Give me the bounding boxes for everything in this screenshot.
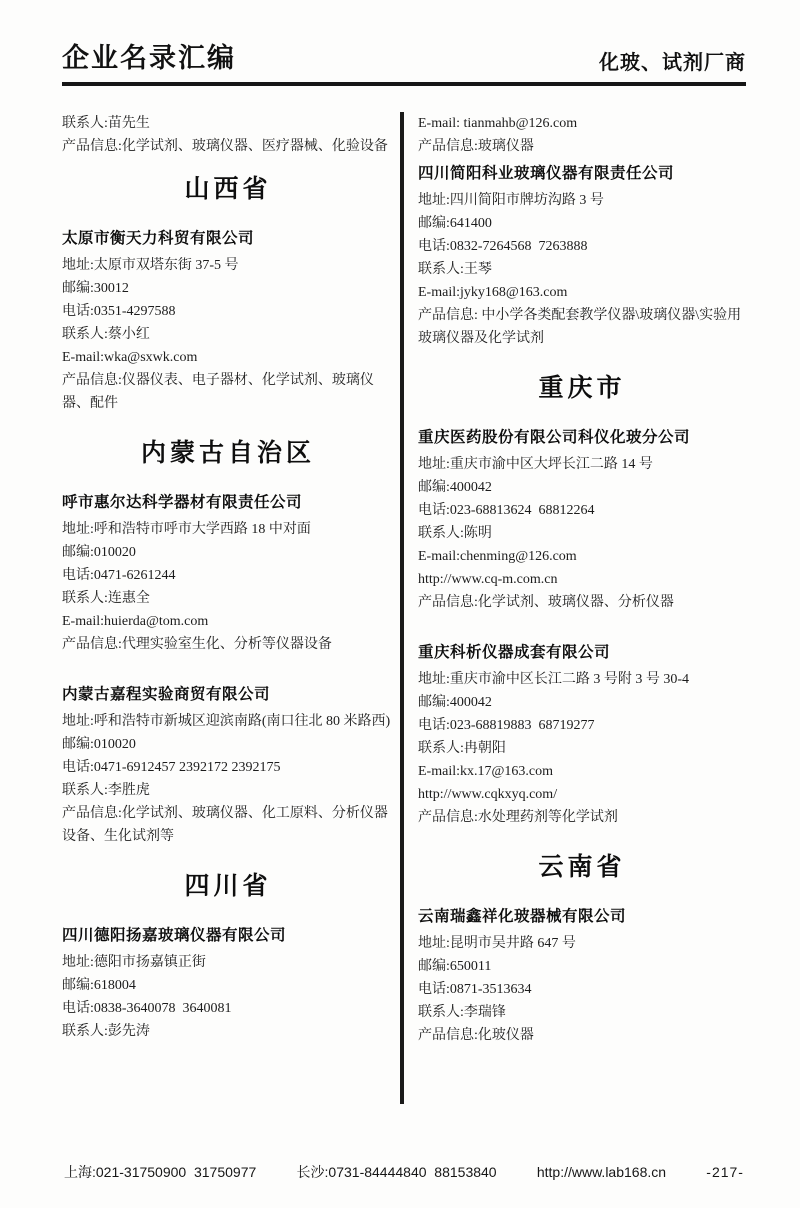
footer-website-url: http://www.lab168.cn	[537, 1164, 666, 1180]
field-line: E-mail:huierda@tom.com	[62, 610, 394, 633]
field-line: 地址:德阳市扬嘉镇正街	[62, 951, 394, 974]
company-entry: 太原市衡天力科贸有限公司地址:太原市双塔东街 37-5 号邮编:30012电话:…	[62, 227, 394, 415]
field-line: 产品信息:仪器仪表、电子器材、化学试剂、玻璃仪器、配件	[62, 369, 394, 415]
right-column: E-mail: tianmahb@126.com产品信息:玻璃仪器四川简阳科业玻…	[406, 112, 746, 1104]
province-section-title: 山西省	[62, 178, 394, 201]
directory-page: 企业名录汇编 化玻、试剂厂商 联系人:苗先生产品信息:化学试剂、玻璃仪器、医疗器…	[0, 0, 800, 1208]
field-line: 联系人:李瑞锋	[418, 1001, 746, 1024]
field-line: 产品信息:代理实验室生化、分析等仪器设备	[62, 633, 394, 656]
field-line: 产品信息:化玻仪器	[418, 1024, 746, 1047]
footer-changsha-phone: 长沙:0731-84444840 88153840	[297, 1162, 497, 1182]
field-line: E-mail:jyky168@163.com	[418, 281, 746, 304]
field-line: 邮编:400042	[418, 476, 746, 499]
province-section-title: 四川省	[62, 875, 394, 898]
field-line: 邮编:010020	[62, 541, 394, 564]
company-name: 呼市惠尔达科学器材有限责任公司	[62, 491, 394, 514]
field-line: 地址:昆明市吴井路 647 号	[418, 932, 746, 955]
field-line: 邮编:650011	[418, 955, 746, 978]
field-line: 邮编:30012	[62, 277, 394, 300]
footer-shanghai-phone: 上海:021-31750900 31750977	[64, 1162, 256, 1182]
province-section-title: 云南省	[418, 856, 746, 879]
province-section-title: 重庆市	[418, 377, 746, 400]
field-line: http://www.cqkxyq.com/	[418, 783, 746, 806]
company-name: 四川德阳扬嘉玻璃仪器有限公司	[62, 924, 394, 947]
company-entry: 四川简阳科业玻璃仪器有限责任公司地址:四川简阳市牌坊沟路 3 号邮编:64140…	[418, 162, 746, 350]
field-line: 产品信息:化学试剂、玻璃仪器、分析仪器	[418, 591, 746, 614]
field-line: 电话:0832-7264568 7263888	[418, 235, 746, 258]
field-line: 地址:重庆市渝中区长江二路 3 号附 3 号 30-4	[418, 668, 746, 691]
page-number: -217-	[706, 1164, 744, 1180]
field-line: 地址:太原市双塔东街 37-5 号	[62, 254, 394, 277]
company-name: 太原市衡天力科贸有限公司	[62, 227, 394, 250]
field-line: 电话:0838-3640078 3640081	[62, 997, 394, 1020]
field-line: 电话:023-68819883 68719277	[418, 714, 746, 737]
page-footer: 上海:021-31750900 31750977 长沙:0731-8444484…	[62, 1156, 746, 1182]
company-entry: 重庆科析仪器成套有限公司地址:重庆市渝中区长江二路 3 号附 3 号 30-4邮…	[418, 641, 746, 829]
field-line: 地址:重庆市渝中区大坪长江二路 14 号	[418, 453, 746, 476]
field-line: 电话:0351-4297588	[62, 300, 394, 323]
field-line: 联系人:陈明	[418, 522, 746, 545]
page-header: 企业名录汇编 化玻、试剂厂商	[62, 36, 746, 86]
field-line: 电话:0471-6261244	[62, 564, 394, 587]
left-column: 联系人:苗先生产品信息:化学试剂、玻璃仪器、医疗器械、化验设备山西省太原市衡天力…	[62, 112, 394, 1104]
field-line: E-mail: tianmahb@126.com	[418, 112, 746, 135]
field-line: 联系人:彭先涛	[62, 1020, 394, 1043]
field-line: 产品信息:玻璃仪器	[418, 135, 746, 158]
field-line: 地址:呼和浩特市新城区迎滨南路(南口往北 80 米路西)	[62, 710, 394, 733]
field-line: http://www.cq-m.com.cn	[418, 568, 746, 591]
field-line: 联系人:冉朝阳	[418, 737, 746, 760]
field-line: 产品信息:水处理药剂等化学试剂	[418, 806, 746, 829]
field-line: 电话:0471-6912457 2392172 2392175	[62, 756, 394, 779]
field-line: 邮编:010020	[62, 733, 394, 756]
entry-continued: 联系人:苗先生产品信息:化学试剂、玻璃仪器、医疗器械、化验设备	[62, 112, 394, 158]
listings-content: 联系人:苗先生产品信息:化学试剂、玻璃仪器、医疗器械、化验设备山西省太原市衡天力…	[62, 112, 746, 1104]
field-line: E-mail:wka@sxwk.com	[62, 346, 394, 369]
company-entry: 重庆医药股份有限公司科仪化玻分公司地址:重庆市渝中区大坪长江二路 14 号邮编:…	[418, 426, 746, 614]
company-name: 重庆科析仪器成套有限公司	[418, 641, 746, 664]
field-line: 产品信息:化学试剂、玻璃仪器、医疗器械、化验设备	[62, 135, 394, 158]
field-line: 产品信息: 中小学各类配套教学仪器\玻璃仪器\实验用玻璃仪器及化学试剂	[418, 304, 746, 350]
field-line: 地址:四川简阳市牌坊沟路 3 号	[418, 189, 746, 212]
field-line: 地址:呼和浩特市呼市大学西路 18 中对面	[62, 518, 394, 541]
field-line: 联系人:李胜虎	[62, 779, 394, 802]
company-entry: 内蒙古嘉程实验商贸有限公司地址:呼和浩特市新城区迎滨南路(南口往北 80 米路西…	[62, 683, 394, 848]
company-entry: 呼市惠尔达科学器材有限责任公司地址:呼和浩特市呼市大学西路 18 中对面邮编:0…	[62, 491, 394, 656]
company-entry: 四川德阳扬嘉玻璃仪器有限公司地址:德阳市扬嘉镇正街邮编:618004电话:083…	[62, 924, 394, 1043]
company-name: 云南瑞鑫祥化玻器械有限公司	[418, 905, 746, 928]
company-entry: 云南瑞鑫祥化玻器械有限公司地址:昆明市吴井路 647 号邮编:650011电话:…	[418, 905, 746, 1047]
category-title: 化玻、试剂厂商	[599, 46, 746, 75]
field-line: 邮编:641400	[418, 212, 746, 235]
company-name: 重庆医药股份有限公司科仪化玻分公司	[418, 426, 746, 449]
directory-title: 企业名录汇编	[62, 36, 236, 75]
province-section-title: 内蒙古自治区	[62, 442, 394, 465]
field-line: E-mail:chenming@126.com	[418, 545, 746, 568]
field-line: 邮编:400042	[418, 691, 746, 714]
field-line: 联系人:蔡小红	[62, 323, 394, 346]
field-line: 邮编:618004	[62, 974, 394, 997]
column-divider-rule	[400, 112, 404, 1104]
field-line: 产品信息:化学试剂、玻璃仪器、化工原料、分析仪器设备、生化试剂等	[62, 802, 394, 848]
company-name: 四川简阳科业玻璃仪器有限责任公司	[418, 162, 746, 185]
field-line: 联系人:苗先生	[62, 112, 394, 135]
field-line: 联系人:连惠全	[62, 587, 394, 610]
entry-continued: E-mail: tianmahb@126.com产品信息:玻璃仪器	[418, 112, 746, 158]
field-line: 电话:0871-3513634	[418, 978, 746, 1001]
company-name: 内蒙古嘉程实验商贸有限公司	[62, 683, 394, 706]
field-line: E-mail:kx.17@163.com	[418, 760, 746, 783]
field-line: 电话:023-68813624 68812264	[418, 499, 746, 522]
field-line: 联系人:王琴	[418, 258, 746, 281]
